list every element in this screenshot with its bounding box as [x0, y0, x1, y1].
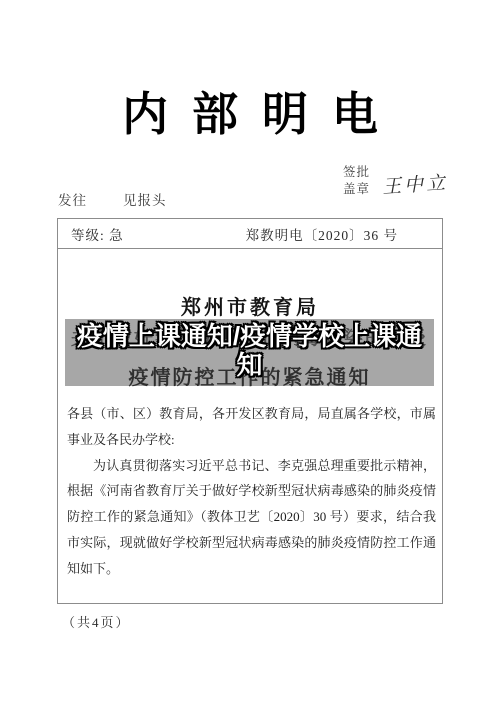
approve-label: 签批 [343, 164, 370, 181]
page-count: （共4页） [62, 612, 131, 631]
overlay-caption-line2: 知 [65, 351, 434, 380]
body-line: 防控工作的紧急通知》（教体卫艺〔2020〕30 号）要求，结合我 [67, 504, 436, 530]
send-to-label: 发往 [58, 189, 87, 209]
body-line: 根据《河南省教育厅关于做好学校新型冠状病毒感染的肺炎疫情 [67, 478, 436, 504]
seal-label: 盖章 [343, 181, 370, 198]
sign-block: 签批 盖章 王中立 [343, 164, 448, 198]
grade-value: 等级: 急 [58, 224, 124, 244]
document-body: 各县（市、区）教育局，各开发区教育局，局直属各学校，市属 事业及各民办学校: 为… [67, 401, 436, 582]
issuing-org-name: 郑州市教育局 [58, 291, 442, 320]
scanned-document-page: 内部明电 发往 见报头 签批 盖章 王中立 等级: 急 郑教明电〔2020〕36… [0, 0, 500, 707]
document-number: 郑教明电〔2020〕36 号 [246, 224, 398, 244]
sign-labels: 签批 盖章 [343, 164, 370, 198]
body-line: 事业及各民办学校: [67, 427, 436, 453]
document-title: 内部明电 [0, 78, 500, 144]
send-to-value: 见报头 [123, 189, 167, 209]
watermark-overlay: 关于做好学校新型冠状病毒感染的肺炎 疫情防控工作的紧急通知 疫情上课通知/疫情学… [65, 319, 434, 386]
body-line: 市实际，现就做好学校新型冠状病毒感染的肺炎疫情防控工作通 [67, 530, 436, 556]
body-line: 知如下。 [67, 556, 436, 582]
document-frame: 等级: 急 郑教明电〔2020〕36 号 郑州市教育局 关于做好学校新型冠状病毒… [57, 218, 443, 604]
grade-row: 等级: 急 郑教明电〔2020〕36 号 [58, 219, 442, 249]
body-line: 各县（市、区）教育局，各开发区教育局，局直属各学校，市属 [67, 401, 436, 427]
body-line: 为认真贯彻落实习近平总书记、李克强总理重要批示精神， [67, 453, 436, 479]
send-to-row: 发往 见报头 [58, 189, 167, 209]
overlay-caption-line1: 疫情上课通知/疫情学校上课通 [65, 322, 434, 351]
handwritten-signature: 王中立 [381, 168, 449, 200]
letterhead-content: 郑州市教育局 关于做好学校新型冠状病毒感染的肺炎 疫情防控工作的紧急通知 疫情上… [58, 249, 442, 603]
overlay-caption: 疫情上课通知/疫情学校上课通 知 [65, 322, 434, 380]
